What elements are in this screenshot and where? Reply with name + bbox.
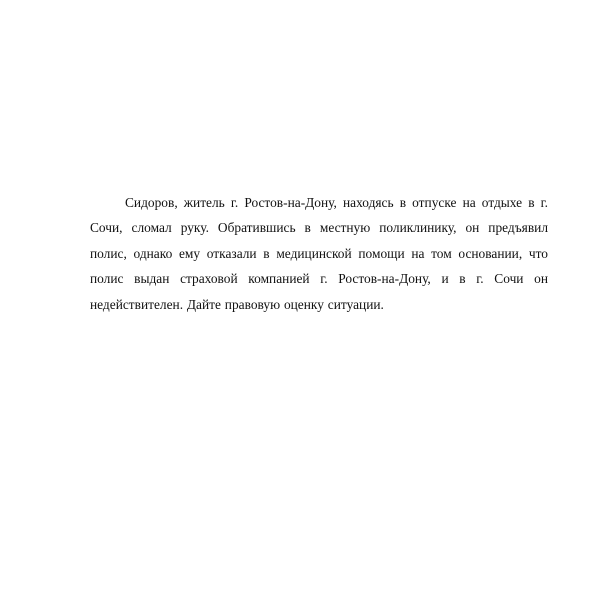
document-page: Сидоров, житель г. Ростов-на-Дону, наход…: [0, 0, 600, 600]
paragraph-line-3: полис, однако ему отказали в медицинской…: [90, 241, 548, 266]
paragraph-line-4: полис выдан страховой компанией г. Росто…: [90, 266, 548, 291]
paragraph-line-5: недействителен. Дайте правовую оценку си…: [90, 292, 548, 317]
paragraph-line-1: Сидоров, житель г. Ростов-на-Дону, наход…: [90, 190, 548, 215]
paragraph-line-2: Сочи, сломал руку. Обратившись в местную…: [90, 215, 548, 240]
case-task-paragraph: Сидоров, житель г. Ростов-на-Дону, наход…: [90, 190, 548, 317]
